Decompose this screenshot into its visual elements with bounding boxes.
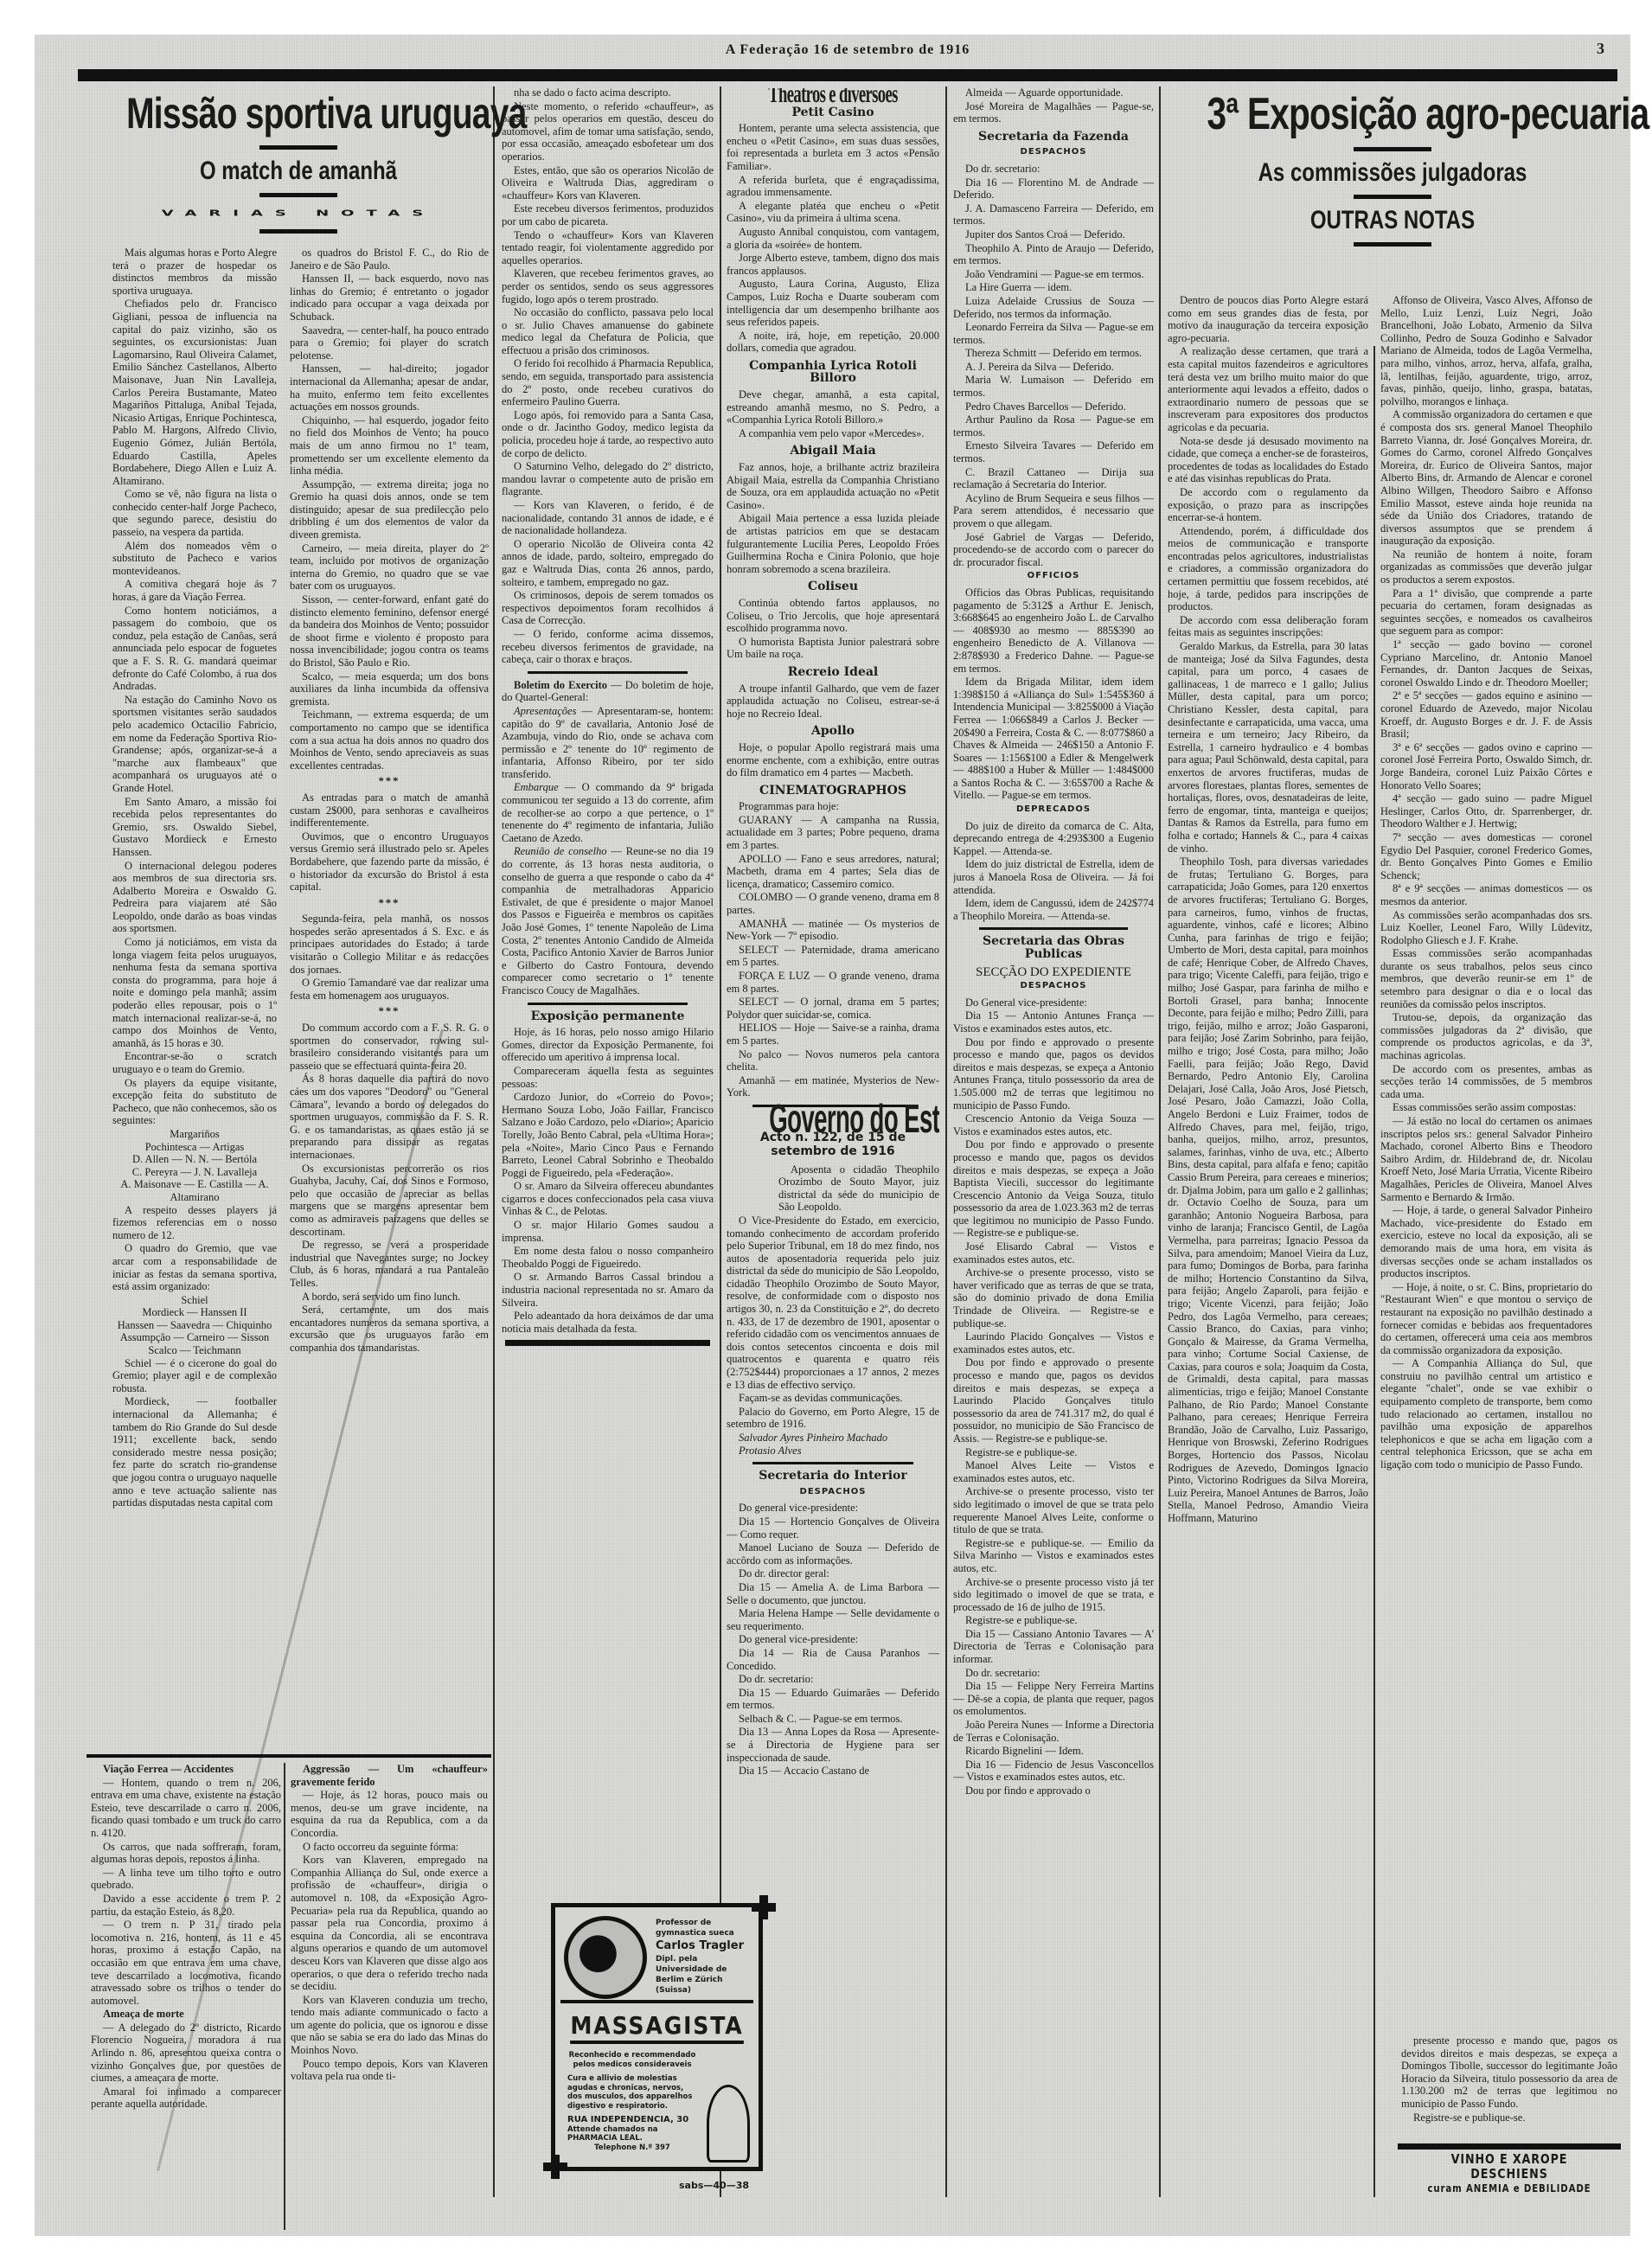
paragraph: 4ª secção — gado suino — padre Miguel He… [1380, 792, 1592, 830]
paragraph: Dou por findo e approvado o [953, 1784, 1154, 1797]
paragraph: Dia 14 — Ria de Causa Paranhos — Concedi… [727, 1647, 939, 1672]
paragraph: Registre-se e publique-se. — Emilio da S… [953, 1537, 1154, 1575]
masthead-title: A Federação 16 de setembro de 1916 [726, 42, 970, 58]
companhia-lyrica-title: Companhia Lyrica Rotoli Billoro [727, 360, 939, 385]
paragraph: Nota-se desde já desusado movimento na c… [1168, 435, 1368, 485]
paragraph: José Elisardo Cabral — Vistos e examinad… [953, 1240, 1154, 1265]
paragraph: Pouco tempo depois, Kors van Klaveren vo… [291, 2058, 488, 2083]
paragraph: Do juiz de direito da comarca de C. Alta… [953, 820, 1154, 858]
paragraph: Tendo o «chauffeur» Kors van Klaveren te… [502, 229, 714, 267]
exposicao-headline-block: 3ª Exposição agro-pecuaria As commissões… [1155, 88, 1630, 253]
paragraph: A respeito desses players já fizemos ref… [112, 1204, 277, 1242]
paragraph: J. A. Damasceno Farreira — Deferido, em … [953, 202, 1154, 227]
paragraph: Dia 16 — Fidencio de Jesus Vasconcellos … [953, 1759, 1154, 1784]
despachos-label: DESPACHOS [953, 980, 1154, 993]
lineup-row: Scalco — Teichmann [112, 1344, 277, 1357]
viacao-ferrea-block: Viação Ferrea — Accidentes— Hontem, quan… [91, 1763, 281, 2230]
paragraph: — Já estão no local do certamen os anima… [1380, 1115, 1592, 1203]
paragraph: — A Companhia Alliança do Sul, que const… [1380, 1357, 1592, 1470]
ad-body: Reconhecido e recommendado pelos medicos… [567, 2051, 697, 2152]
person-figure-icon [707, 2085, 750, 2162]
paragraph: O internacional delegou poderes aos memb… [112, 860, 277, 936]
paragraph: Schiel — é o cicerone do goal do Gremio;… [112, 1357, 277, 1395]
paragraph: Idem, idem de Cangussú, idem de 242$774 … [953, 897, 1154, 922]
massagista-ad: Professor de gymnastica sueca Carlos Tra… [551, 1903, 763, 2171]
paragraph: Além dos nomeados vêm o substituto de Pa… [112, 540, 277, 578]
paragraph: Idem da Brigada Militar, idem idem 1:398… [953, 676, 1154, 802]
paragraph: João Pereira Nunes — Informe a Directori… [953, 1719, 1154, 1744]
paragraph: Archive-se o presente processo, visto se… [953, 1266, 1154, 1330]
paragraph: Leonardo Ferreira da Silva — Pague-se em… [953, 321, 1154, 346]
ad-title: MASSAGISTA [570, 2009, 744, 2044]
paragraph: HELIOS — Hoje — Saive-se a rainha, drama… [727, 1022, 939, 1047]
cross-icon [752, 1895, 776, 1919]
paragraph: Maria W. Lumaison — Deferido em termos. [953, 374, 1154, 399]
paragraph: La Hire Guerra — idem. [953, 281, 1154, 294]
despachos-label: DESPACHOS [953, 146, 1154, 159]
ornament-rule [528, 1003, 688, 1005]
paragraph: Dia 15 — Cassiano Antonio Tavares — A' D… [953, 1628, 1154, 1666]
cinema-intro: Programmas para hoje: [727, 800, 939, 813]
lineup-heading: Margariños [112, 1128, 277, 1141]
paragraph: — A linha teve um tilho torto e outro qu… [91, 1867, 281, 1892]
paragraph: Segunda-feira, pela manhã, os nossos hos… [290, 913, 489, 976]
paragraph: Do dr. secretario: [727, 1673, 939, 1686]
headline-rule [259, 193, 337, 197]
newspaper-page: A Federação 16 de setembro de 1916 3 Mis… [35, 35, 1630, 2236]
paragraph: Affonso de Oliveira, Vasco Alves, Affons… [1380, 294, 1592, 407]
paragraph: Hontem, perante uma selecta assistencia,… [727, 122, 939, 172]
paragraph: Ouvimos, que o encontro Uruguayos versus… [290, 830, 489, 894]
lineup-heading: Schiel [112, 1294, 277, 1307]
ad-professor-info: Professor de gymnastica sueca Carlos Tra… [656, 1918, 750, 1996]
column-divider [493, 86, 495, 2197]
paragraph: 2ª e 5ª secções — gados equino e asinino… [1380, 689, 1592, 740]
paragraph: Manoel Alves Leite — Vistos e examinados… [953, 1459, 1154, 1484]
paragraph: Cardozo Junior, do «Correio do Povo»; He… [502, 1091, 714, 1179]
paragraph: Dia 15 — Accacio Castano de [727, 1765, 939, 1778]
column-divider [284, 1763, 285, 2230]
exposicao-headline: 3ª Exposição agro-pecuaria [1207, 88, 1578, 140]
boletim-intro: Boletim do Exercito — Do boletim de hoje… [502, 679, 714, 704]
paragraph: Em nome desta falou o nosso companheiro … [502, 1245, 714, 1270]
paragraph: Dia 15 — Antonio Antunes França — Vistos… [953, 1009, 1154, 1035]
paragraph: O operario Nicolão de Oliveira conta 42 … [502, 538, 714, 588]
paragraph: Chiquinho, — hal esquerdo, jogador feito… [290, 414, 489, 477]
paragraph: De accordo com o regulamento da exposiçã… [1168, 486, 1368, 524]
paragraph: O Vice-Presidente do Estado, em exercici… [727, 1214, 939, 1391]
missao-headline: Missão sportiva uruguaya [126, 88, 471, 138]
boletim-item: Embarque — O commando da 9ª brigada comm… [502, 781, 714, 844]
paragraph: O sr. major Hilario Gomes saudou a impre… [502, 1219, 714, 1244]
column-7: Affonso de Oliveira, Vasco Alves, Affons… [1380, 294, 1592, 2015]
paragraph: Crescencio Antonio da Veiga Souza — Vist… [953, 1112, 1154, 1137]
column-3: nha se dado o facto acima descripto.Nest… [502, 86, 714, 1886]
paragraph: Teichmann, — extrema esquerda; de um com… [290, 708, 489, 772]
headline-rule [1354, 195, 1431, 199]
paragraph: Amaral foi intimado a comparecer perante… [91, 2086, 281, 2111]
paragraph: Davido a esse accidente o trem P. 2 part… [91, 1893, 281, 1918]
paragraph: Será, certamente, um dos mais encantador… [290, 1304, 489, 1354]
paragraph: Os excursionistas percorrerão os rios Gu… [290, 1163, 489, 1239]
apollo-title: Apollo [727, 725, 939, 738]
paragraph: Essas commissões serão acompanhadas dura… [1380, 947, 1592, 1010]
paragraph: — Hoje, á noite, o sr. C. Bins, propriet… [1380, 1281, 1592, 1357]
signature: Protasio Alves [727, 1445, 939, 1458]
ad-header: Professor de gymnastica sueca Carlos Tra… [560, 1913, 753, 2003]
lineup-row: C. Pereyra — J. N. Lavalleja [112, 1166, 277, 1179]
coliseu-title: Coliseu [727, 580, 939, 593]
ornament-rule [979, 927, 1128, 930]
paragraph: — Hontem, quando o trem n. 206, entrava … [91, 1777, 281, 1840]
paragraph: Arthur Paulino da Rosa — Pague-se em ter… [953, 413, 1154, 439]
ad-address: RUA INDEPENDENCIA, 30 [567, 2116, 697, 2125]
paragraph: Dia 13 — Anna Lopes da Rosa — Apresente-… [727, 1726, 939, 1764]
paragraph: Augusto Annibal conquistou, com vantagem… [727, 226, 939, 251]
paragraph: No occasião do conflicto, passava pelo l… [502, 306, 714, 356]
ad-professor-label: Professor de gymnastica sueca [656, 1918, 750, 1938]
signature: Salvador Ayres Pinheiro Machado [727, 1432, 939, 1445]
paragraph: A comitiva chegará hoje ás 7 horas, á ga… [112, 578, 277, 603]
paragraph: Almeida — Aguarde opportunidade. [953, 86, 1154, 99]
column-7-legal-notice: presente processo e mando que, pagos os … [1401, 2034, 1617, 2147]
paragraph: Dia 15 — Eduardo Guimarães — Deferido em… [727, 1687, 939, 1712]
header-rule [78, 69, 1617, 81]
vinho-xarope-ad: VINHO E XAROPE DESCHIENS curam ANEMIA e … [1401, 2152, 1617, 2187]
paragraph: — A delegado do 2º districto, Ricardo Fl… [91, 2022, 281, 2085]
cinematographos-title: CINEMATOGRAPHOS [727, 785, 939, 798]
paragraph: A referida burleta, que é engraçadissima… [727, 174, 939, 199]
fazenda-intro: Do dr. secretario: [953, 163, 1154, 176]
aggressao-title-line: Aggressão — Um «chauffeur» gravemente fe… [291, 1763, 488, 1788]
paragraph: Estes, então, que são os operarios Nicol… [502, 164, 714, 202]
paragraph: Encontrar-se-ão o scratch uruguayo e o t… [112, 1050, 277, 1075]
paragraph: O humorista Baptista Junior palestrará s… [727, 636, 939, 661]
paragraph: Para a 1ª divisão, que comprende a parte… [1380, 587, 1592, 638]
paragraph: Pedro Chaves Barcellos — Deferido. [953, 400, 1154, 413]
lineup-row: D. Allen — N. N. — Bertóla [112, 1153, 277, 1166]
paragraph: O Gremio Tamandaré vae dar realizar uma … [290, 977, 489, 1002]
paragraph: Do general vice-presidente: [727, 1502, 939, 1515]
paragraph: 1ª secção — gado bovino — coronel Cypria… [1380, 638, 1592, 689]
paragraph: Idem do juiz districtal de Estrella, ide… [953, 858, 1154, 896]
paragraph: Attendendo, porém, á difficuldade dos me… [1168, 525, 1368, 613]
paragraph: Assumpção, — extrema direita; joga no Gr… [290, 478, 489, 541]
paragraph: Do general vice-presidente: [727, 1633, 939, 1646]
paragraph: Logo após, foi removido para a Santa Cas… [502, 409, 714, 459]
paragraph: FORÇA E LUZ — O grande veneno, drama em … [727, 970, 939, 995]
paragraph: Klaveren, que recebeu ferimentos graves,… [502, 267, 714, 305]
viacao-title: Viação Ferrea — Accidentes [103, 1763, 234, 1775]
boletim-item: Apresentações — Apresentaram-se, hontem:… [502, 705, 714, 781]
page-number: 3 [1597, 40, 1604, 58]
paragraph: Ernesto Silveira Tavares — Deferido em t… [953, 439, 1154, 465]
paragraph: Compareceram áquella festa as seguintes … [502, 1065, 714, 1090]
ad-rule [1398, 2143, 1621, 2150]
paragraph: Hanssen II, — back esquerdo, novo nas li… [290, 272, 489, 323]
paragraph: 3ª e 6ª secções — gados ovino e caprino … [1380, 741, 1592, 791]
paragraph: Na reunião de hontem á noite, foram orga… [1380, 548, 1592, 586]
lineup-row: Mordieck — Hanssen II [112, 1306, 277, 1319]
paragraph: O Saturnino Velho, delegado do 2º distri… [502, 460, 714, 498]
paragraph: O ferido foi recolhido á Pharmacia Repub… [502, 357, 714, 407]
paragraph: SELECT — Paternidade, drama americano em… [727, 944, 939, 969]
paragraph: De accordo com os presentes, ambas as se… [1380, 1063, 1592, 1101]
paragraph: Theophilo Tosh, para diversas variedades… [1168, 855, 1368, 1524]
paragraph: Theophilo A. Pinto de Araujo — Deferido,… [953, 242, 1154, 267]
exposicao-subhead: As commissões julgadoras [1202, 158, 1583, 188]
column-5: Almeida — Aguarde opportunidade.José Mor… [953, 86, 1154, 2223]
column-divider [1373, 346, 1375, 2197]
separator: *** [290, 1005, 489, 1018]
paragraph: — Hoje, ás 12 horas, pouco mais ou menos… [291, 1789, 488, 1839]
paragraph: Geraldo Markus, da Estrella, para 30 lat… [1168, 640, 1368, 855]
paragraph: O sr. Armando Barros Cassal brindou a in… [502, 1271, 714, 1309]
paragraph: Os carros, que nada soffreram, foram, al… [91, 1841, 281, 1866]
boletim-text: — Reune-se no dia 19 do corrente, ás 13 … [502, 845, 714, 996]
paragraph: Neste momento, o referido «chauffeur», a… [502, 100, 714, 163]
paragraph: nha se dado o facto acima descripto. [502, 86, 714, 99]
paragraph: A realização desse certamen, que trará a… [1168, 345, 1368, 433]
paragraph: Archive-se o presente processo visto já … [953, 1576, 1154, 1614]
ornament-rule [752, 1462, 913, 1464]
paragraph: — Hoje, á tarde, o general Salvador Pinh… [1380, 1204, 1592, 1280]
lineup-row: Pochintesca — Artigas [112, 1141, 277, 1154]
column-divider [720, 86, 721, 2197]
paragraph: Na estação do Caminho Novo os sportsmen … [112, 694, 277, 795]
ad-tagline: Reconhecido e recommendado pelos medicos… [567, 2051, 697, 2069]
column-2: os quadros do Bristol F. C., do Rio de J… [290, 247, 489, 1734]
ad-name: Carlos Tragler [656, 1941, 750, 1951]
paragraph: Dou por findo e approvado o presente pro… [953, 1138, 1154, 1240]
paragraph: No palco — Novos numeros pela cantora ch… [727, 1048, 939, 1073]
paragraph: A bordo, será servido um fino lunch. [290, 1291, 489, 1304]
cross-icon [543, 2155, 567, 2179]
paragraph: Os criminosos, depois de serem tomados o… [502, 589, 714, 627]
ad-code: sabs—40—38 [679, 2180, 749, 2191]
paragraph: Laurindo Placido Gonçalves — Vistos e ex… [953, 1330, 1154, 1355]
boletim-lead: Embarque [514, 781, 559, 793]
separator: *** [290, 775, 489, 788]
paragraph: Dou por findo e approvado o presente pro… [953, 1356, 1154, 1445]
paragraph: os quadros do Bristol F. C., do Rio de J… [290, 247, 489, 272]
paragraph: — O ferido, conforme acima dissemos, rec… [502, 628, 714, 666]
column-1: Mais algumas horas e Porto Alegre terá o… [112, 247, 277, 1734]
section-rule [86, 1754, 491, 1758]
boletim-title: Boletim do Exercito [514, 679, 607, 691]
lineup-row: Assumpção — Carneiro — Sisson [112, 1331, 277, 1344]
paragraph: Este recebeu diversos ferimentos, produz… [502, 202, 714, 227]
paragraph: Archive-se o presente processo, visto te… [953, 1485, 1154, 1535]
paragraph: AMANHÃ — matinée — Os mysterios de New-Y… [727, 918, 939, 943]
paragraph: — O trem n. P 31, tirado pela locomotiva… [91, 1919, 281, 2007]
headline-rule [1354, 147, 1431, 151]
separator: *** [290, 897, 489, 910]
paragraph: José Gabriel de Vargas — Deferido, proce… [953, 531, 1154, 569]
officios-label: OFFICIOS [953, 570, 1154, 583]
outras-notas-kicker: OUTRAS NOTAS [1202, 206, 1583, 235]
governo-headline: Governo do Estado [769, 1112, 897, 1125]
eagle-logo-icon [564, 1916, 647, 1999]
paragraph: Do commum accordo com a F. S. R. G. o sp… [290, 1022, 489, 1072]
paragraph: Selbach & C. — Pague-se em termos. [727, 1713, 939, 1726]
paragraph: Continúa obtendo fartos applausos, no Co… [727, 597, 939, 635]
ad-services: Cura e allivio de molestias agudas e chr… [567, 2074, 697, 2111]
paragraph: Palacio do Governo, em Porto Alegre, 15 … [727, 1406, 939, 1431]
paragraph: As commissões serão acompanhadas dos srs… [1380, 909, 1592, 947]
interior-title: Secretaria do Interior [727, 1470, 939, 1483]
paragraph: Carneiro, — meia direita, player do 2º t… [290, 542, 489, 593]
exposicao-permanente-title: Exposição permanente [502, 1010, 714, 1023]
paragraph: Os players da equipe visitante, excepção… [112, 1077, 277, 1127]
theatros-headline: Theatros e diversões [767, 88, 900, 101]
paragraph: APOLLO — Fano e seus arredores, natural;… [727, 853, 939, 891]
paragraph: Ricardo Bignelini — Idem. [953, 1745, 1154, 1758]
paragraph: Hanssen, — hal-direito; jogador internac… [290, 362, 489, 413]
paragraph: O sr. Amaro da Silveira offereceu abunda… [502, 1180, 714, 1218]
paragraph: Dia 15 — Felippe Nery Ferreira Martins —… [953, 1680, 1154, 1718]
missao-headline-block: Missão sportiva uruguaya O match de aman… [78, 88, 519, 240]
paragraph: Acylino de Brum Sequeira e seus filhos —… [953, 492, 1154, 530]
paragraph: Ás 8 horas daquelle dia partirá do novo … [290, 1073, 489, 1161]
ad-credentials: Dipl. pela Universidade de Berlim e Züri… [656, 1954, 750, 1996]
paragraph: O facto occorreu da seguinte fórma: [291, 1841, 488, 1854]
recreio-ideal-title: Recreio Ideal [727, 666, 939, 679]
missao-subhead: O match de amanhã [122, 157, 475, 186]
ad-phone: Telephone N.º 397 [567, 2143, 697, 2153]
paragraph: Em Santo Amaro, a missão foi recebida pe… [112, 796, 277, 859]
paragraph: Dia 15 — Amelia A. de Lima Barbora — Sel… [727, 1581, 939, 1606]
lineup-row: A. Maisonave — E. Castilla — A. Altamira… [112, 1178, 277, 1203]
paragraph: A elegante platéa que encheu o «Petit Ca… [727, 200, 939, 225]
paragraph: Augusto, Laura Corina, Augusto, Eliza Ca… [727, 278, 939, 328]
paragraph: Dia 16 — Florentino M. de Andrade — Defe… [953, 176, 1154, 202]
expediente-label: SECÇÃO DO EXPEDIENTE [953, 966, 1154, 979]
aggressao-block: Aggressão — Um «chauffeur» gravemente fe… [291, 1763, 488, 2230]
despachos-label: DESPACHOS [727, 1486, 939, 1499]
lineup-row: Hanssen — Saavedra — Chiquinho [112, 1319, 277, 1332]
paragraph: 7ª secção — aves domesticas — coronel Eg… [1380, 831, 1592, 881]
masthead: A Federação 16 de setembro de 1916 [69, 35, 1626, 66]
paragraph: A noite, irá, hoje, em repetição, 20.000… [727, 330, 939, 355]
headline-rule [259, 145, 337, 150]
paragraph: Dentro de poucos dias Porto Alegre estar… [1168, 294, 1368, 344]
paragraph: Scalco, — meia esquerda; um dos bons aux… [290, 670, 489, 708]
fazenda-title: Secretaria da Fazenda [953, 131, 1154, 144]
ameaca-title: Ameaça de morte [103, 2008, 184, 2020]
paragraph: O quadro do Gremio, que vae arcar com a … [112, 1242, 277, 1292]
headline-rule [259, 229, 337, 234]
paragraph: Essas commissões serão assim compostas: [1380, 1101, 1592, 1114]
paragraph: Como hontem noticiámos, a passagem do co… [112, 605, 277, 693]
aggressao-title: Aggressão — Um «chauffeur» gravemente fe… [291, 1763, 488, 1788]
ameaca-title-line: Ameaça de morte [91, 2008, 281, 2021]
vinho-ad-line1: VINHO E XAROPE DESCHIENS [1418, 2152, 1602, 2182]
paragraph: SELECT — O jornal, drama em 5 partes; Po… [727, 996, 939, 1021]
paragraph: Abigail Maia pertence a essa luzida plei… [727, 512, 939, 575]
paragraph: Registre-se e publique-se. [953, 1614, 1154, 1627]
paragraph: Dou por findo e approvado o presente pro… [953, 1036, 1154, 1112]
paragraph: Registre-se e publique-se. [1401, 2111, 1617, 2124]
paragraph: Trutou-se, depois, da organização das co… [1380, 1011, 1592, 1061]
paragraph: — Kors van Klaveren, o ferido, é de naci… [502, 499, 714, 537]
paragraph: A companhia vem pelo vapor «Mercedes». [727, 427, 939, 440]
paragraph: A troupe infantil Galhardo, que vem de f… [727, 682, 939, 721]
vinho-ad-line2: curam ANEMIA e DEBILIDADE [1418, 2182, 1602, 2196]
paragraph: Como se vê, não figura na lista o conhec… [112, 488, 277, 538]
paragraph: Saavedra, — center-half, ha pouco entrad… [290, 324, 489, 362]
paragraph: Jupiter dos Santos Croá — Deferido. [953, 228, 1154, 241]
section-rule [505, 1340, 710, 1346]
column-divider [1159, 86, 1161, 2197]
paragraph: Faz annos, hoje, a brilhante actriz braz… [727, 461, 939, 511]
paragraph: 8ª e 9ª secções — animas domesticos — os… [1380, 882, 1592, 907]
paragraph: Chefiados pelo dr. Francisco Gigliani, p… [112, 298, 277, 487]
paragraph: Kors van Klaveren, empregado na Companhi… [291, 1854, 488, 1993]
boletim-item: Reunião de conselho — Reune-se no dia 19… [502, 845, 714, 996]
paragraph: Registre-se e publique-se. [953, 1446, 1154, 1459]
deprecados-label: DEPRECADOS [953, 804, 1154, 817]
ad-contact: Attende chamados na PHARMACIA LEAL. [567, 2125, 697, 2143]
paragraph: C. Brazil Cattaneo — Dirija sua reclamaç… [953, 466, 1154, 491]
paragraph: Maria Helena Hampe — Selle devidamente o… [727, 1607, 939, 1632]
obras-publicas-title: Secretaria das Obras Publicas [953, 935, 1154, 960]
paragraph: As entradas para o match de amanhã custa… [290, 791, 489, 830]
paragraph: Hoje, o popular Apollo registrará mais u… [727, 741, 939, 779]
paragraph: A. J. Pereira da Silva — Deferido. [953, 361, 1154, 374]
paragraph: Dia 15 — Hortencio Gonçalves de Oliveira… [727, 1515, 939, 1541]
paragraph: Do dr. secretario: [953, 1667, 1154, 1680]
paragraph: Thereza Schmitt — Deferido em termos. [953, 347, 1154, 360]
varias-notas-kicker: VARIAS NOTAS [78, 208, 519, 219]
column-divider [945, 86, 947, 2197]
column-6: Dentro de poucos dias Porto Alegre estar… [1168, 294, 1368, 2197]
paragraph: Sisson, — center-forward, enfant gaté do… [290, 593, 489, 670]
paragraph: Luiza Adelaide Crussius de Souza — Defer… [953, 295, 1154, 320]
paragraph: A commissão organizadora do certamen e q… [1380, 408, 1592, 548]
paragraph: Mais algumas horas e Porto Alegre terá o… [112, 247, 277, 297]
paragraph: Pelo adeantado da hora deixámos de dar u… [502, 1310, 714, 1335]
paragraph: José Moreira de Magalhães — Pague-se, em… [953, 100, 1154, 125]
paragraph: presente processo e mando que, pagos os … [1401, 2034, 1617, 2111]
paragraph: De accordo com essa deliberação foram fe… [1168, 614, 1368, 639]
paragraph: GUARANY — A campanha na Russia, actualid… [727, 814, 939, 852]
paragraph: Do dr. director geral: [727, 1567, 939, 1580]
paragraph: Officios das Obras Publicas, requisitand… [953, 586, 1154, 675]
paragraph: Hoje, ás 16 horas, pelo nosso amigo Hila… [502, 1026, 714, 1064]
ornament-rule [528, 671, 688, 674]
headline-rule [1354, 242, 1431, 247]
paragraph: Mordieck, — footballer internacional da … [112, 1395, 277, 1509]
paragraph: Façam-se as devidas communicações. [727, 1392, 939, 1405]
paragraph: Jorge Alberto esteve, tambem, digno dos … [727, 252, 939, 277]
paragraph: COLOMBO — O grande veneno, drama em 8 pa… [727, 891, 939, 916]
paragraph: De regresso, se verá a prosperidade indu… [290, 1239, 489, 1289]
acto-summary: Aposenta o cidadão Theophilo Orozimbo de… [727, 1163, 939, 1214]
paragraph: Do General vice-presidente: [953, 996, 1154, 1009]
paragraph: Como já noticiámos, em vista da longa vi… [112, 936, 277, 1049]
viacao-title-line: Viação Ferrea — Accidentes [91, 1763, 281, 1776]
abigail-maia-title: Abigail Maia [727, 445, 939, 458]
paragraph: Manoel Luciano de Souza — Deferido de ac… [727, 1541, 939, 1567]
boletim-lead: Apresentações [514, 705, 576, 717]
boletim-lead: Reunião de conselho [514, 845, 607, 857]
paragraph: Kors van Klaveren conduzia um trecho, te… [291, 1994, 488, 2057]
paragraph: João Vendramini — Pague-se em termos. [953, 268, 1154, 281]
paragraph: Deve chegar, amanhã, a esta capital, est… [727, 388, 939, 426]
